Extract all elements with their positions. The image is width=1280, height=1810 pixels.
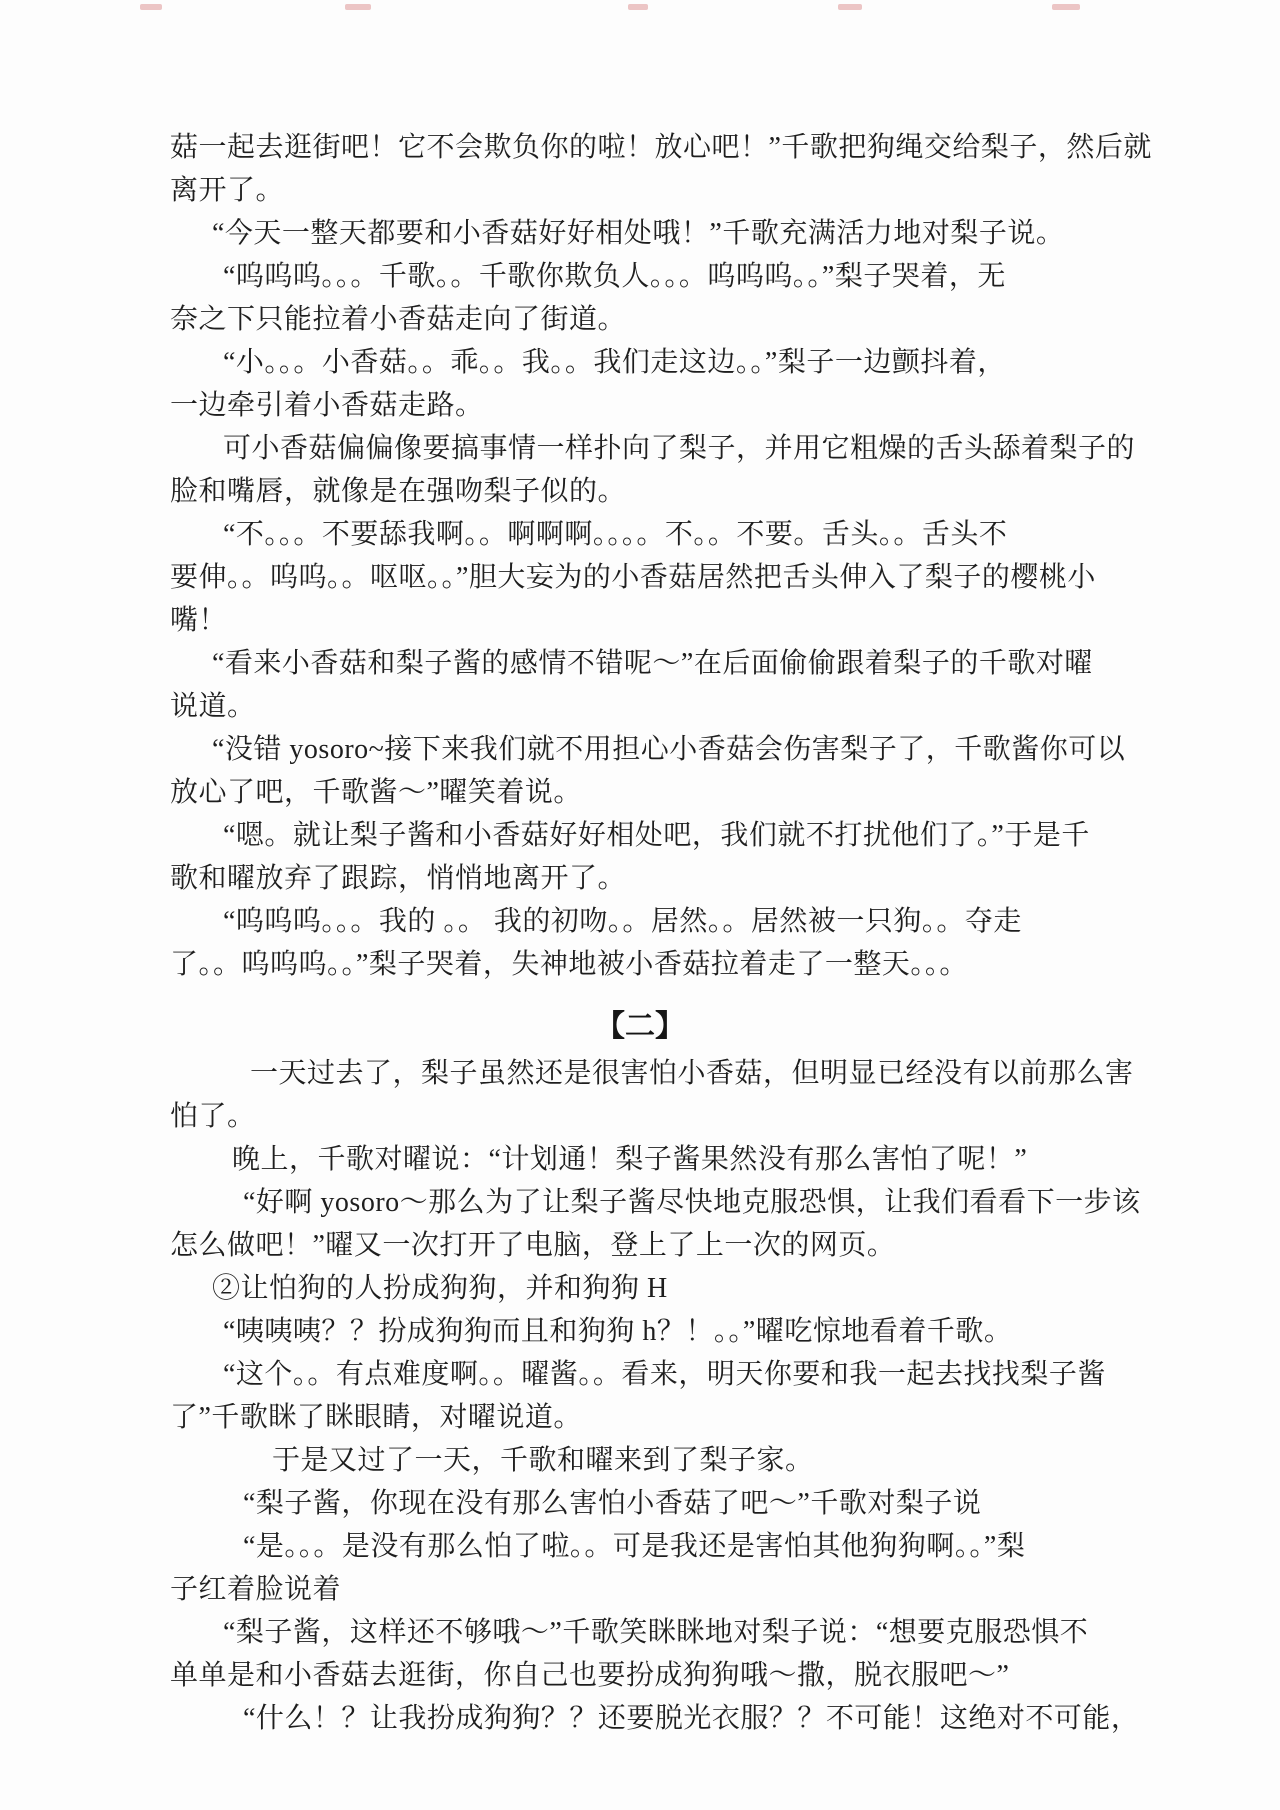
text-line: “什么！？让我扮成狗狗？？还要脱光衣服？？不可能！这绝对不可能， bbox=[170, 1697, 1110, 1740]
text-line: 晚上，千歌对曜说：“计划通！梨子酱果然没有那么害怕了呢！” bbox=[170, 1138, 1110, 1181]
text-line: “是。。。是没有那么怕了啦。。可是我还是害怕其他狗狗啊。。”梨 bbox=[170, 1525, 1110, 1568]
text-line: “不。。。不要舔我啊。。啊啊啊。。。。不。。不要。舌头。。舌头不 bbox=[170, 513, 1110, 556]
text-line: 了。。呜呜呜。。”梨子哭着，失神地被小香菇拉着走了一整天。。。 bbox=[170, 943, 1110, 986]
text-line: “没错 yosoro~接下来我们就不用担心小香菇会伤害梨子了，千歌酱你可以 bbox=[170, 728, 1110, 771]
text-line: 脸和嘴唇，就像是在强吻梨子似的。 bbox=[170, 470, 1110, 513]
text-line: 要伸。。呜呜。。呕呕。。”胆大妄为的小香菇居然把舌头伸入了梨子的樱桃小 bbox=[170, 556, 1110, 599]
scan-artifact bbox=[1052, 4, 1080, 10]
text-line: 菇一起去逛街吧！它不会欺负你的啦！放心吧！”千歌把狗绳交给梨子，然后就 bbox=[170, 126, 1110, 169]
scan-artifact bbox=[140, 4, 162, 10]
text-line: “呜呜呜。。。我的 。。 我的初吻。。居然。。居然被一只狗。。夺走 bbox=[170, 900, 1110, 943]
scan-artifact bbox=[628, 4, 648, 10]
text-line: 嘴！ bbox=[170, 599, 1110, 642]
text-line: “咦咦咦？？扮成狗狗而且和狗狗 h？！。。”曜吃惊地看着千歌。 bbox=[170, 1310, 1110, 1353]
text-line: “这个。。有点难度啊。。曜酱。。看来，明天你要和我一起去找找梨子酱 bbox=[170, 1353, 1110, 1396]
text-line: 一边牵引着小香菇走路。 bbox=[170, 384, 1110, 427]
text-line: 于是又过了一天，千歌和曜来到了梨子家。 bbox=[170, 1439, 1110, 1482]
text-line: “嗯。就让梨子酱和小香菇好好相处吧，我们就不打扰他们了。”于是千 bbox=[170, 814, 1110, 857]
scan-artifact bbox=[345, 4, 371, 10]
text-line: “看来小香菇和梨子酱的感情不错呢～”在后面偷偷跟着梨子的千歌对曜 bbox=[170, 642, 1110, 685]
scan-artifact bbox=[838, 4, 862, 10]
text-line: 歌和曜放弃了跟踪，悄悄地离开了。 bbox=[170, 857, 1110, 900]
text-line: 一天过去了，梨子虽然还是很害怕小香菇，但明显已经没有以前那么害 bbox=[170, 1052, 1110, 1095]
text-line: 离开了。 bbox=[170, 169, 1110, 212]
story-text-block: 菇一起去逛街吧！它不会欺负你的啦！放心吧！”千歌把狗绳交给梨子，然后就 离开了。… bbox=[170, 126, 1110, 1740]
text-line: 奈之下只能拉着小香菇走向了街道。 bbox=[170, 298, 1110, 341]
text-line: “好啊 yosoro～那么为了让梨子酱尽快地克服恐惧，让我们看看下一步该 bbox=[170, 1181, 1110, 1224]
text-line: “梨子酱，这样还不够哦～”千歌笑眯眯地对梨子说：“想要克服恐惧不 bbox=[170, 1611, 1110, 1654]
text-line: 可小香菇偏偏像要搞事情一样扑向了梨子，并用它粗燥的舌头舔着梨子的 bbox=[170, 427, 1110, 470]
text-line: “呜呜呜。。。千歌。。千歌你欺负人。。。呜呜呜。。”梨子哭着，无 bbox=[170, 255, 1110, 298]
text-line: 子红着脸说着 bbox=[170, 1568, 1110, 1611]
text-line: 了”千歌眯了眯眼睛，对曜说道。 bbox=[170, 1396, 1110, 1439]
text-line: “梨子酱，你现在没有那么害怕小香菇了吧～”千歌对梨子说 bbox=[170, 1482, 1110, 1525]
text-line: 怕了。 bbox=[170, 1095, 1110, 1138]
text-line: “小。。。小香菇。。乖。。我。。我们走这边。。”梨子一边颤抖着， bbox=[170, 341, 1110, 384]
text-line: ②让怕狗的人扮成狗狗，并和狗狗 H bbox=[170, 1267, 1110, 1310]
text-line: 放心了吧，千歌酱～”曜笑着说。 bbox=[170, 771, 1110, 814]
text-line: 说道。 bbox=[170, 685, 1110, 728]
text-line: 怎么做吧！”曜又一次打开了电脑，登上了上一次的网页。 bbox=[170, 1224, 1110, 1267]
section-heading: 【二】 bbox=[170, 1004, 1110, 1050]
text-line: 单单是和小香菇去逛街，你自己也要扮成狗狗哦～撒，脱衣服吧～” bbox=[170, 1654, 1110, 1697]
text-line: “今天一整天都要和小香菇好好相处哦！”千歌充满活力地对梨子说。 bbox=[170, 212, 1110, 255]
scanned-document-page: 菇一起去逛街吧！它不会欺负你的啦！放心吧！”千歌把狗绳交给梨子，然后就 离开了。… bbox=[0, 0, 1280, 1810]
